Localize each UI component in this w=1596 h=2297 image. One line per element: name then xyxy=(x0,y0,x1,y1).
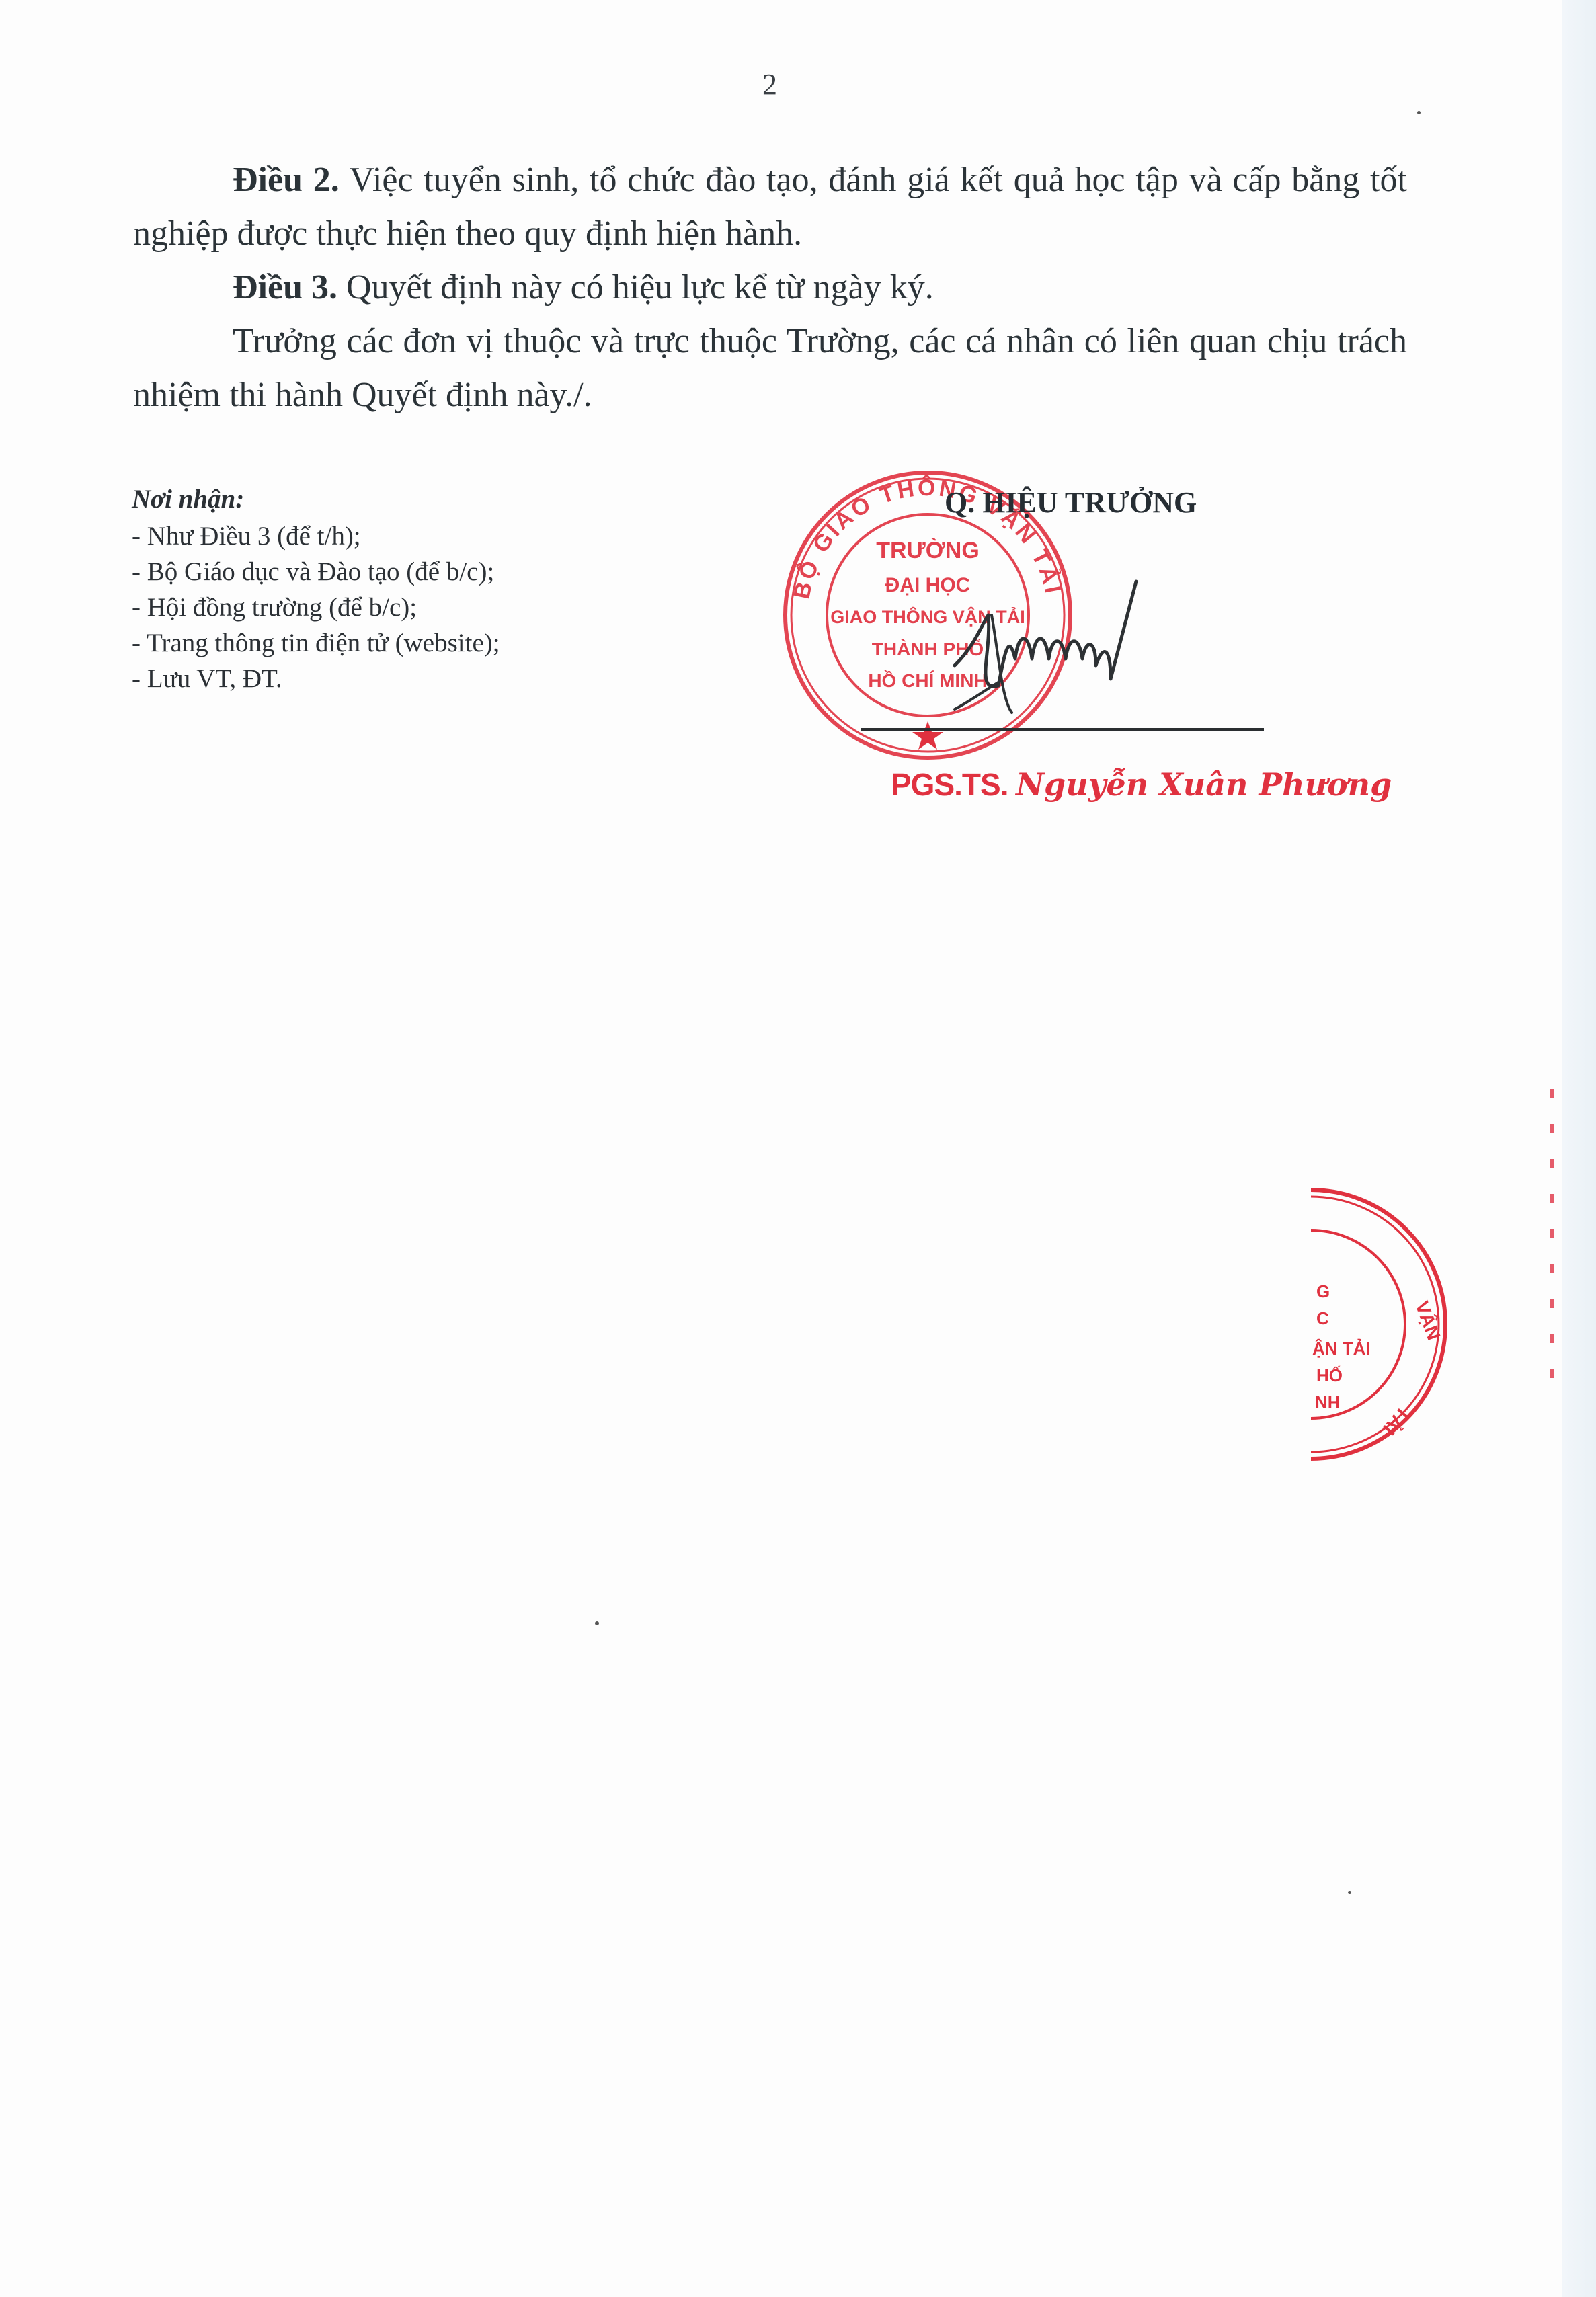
signer-title: Q. HIỆU TRƯỞNG xyxy=(945,485,1197,520)
enforcement-clause: Trưởng các đơn vị thuộc và trực thuộc Tr… xyxy=(133,315,1407,422)
svg-text:NH: NH xyxy=(1315,1392,1341,1412)
recipient-item: - Lưu VT, ĐT. xyxy=(132,661,500,696)
page-edge xyxy=(1562,0,1596,2297)
scan-speck xyxy=(1348,1891,1351,1894)
svg-text:G: G xyxy=(1316,1281,1330,1301)
signer-full-name: Nguyễn Xuân Phương xyxy=(1016,766,1392,803)
handwritten-signature-icon xyxy=(934,551,1271,739)
article-2-label: Điều 2. xyxy=(233,161,340,199)
recipient-item: - Trang thông tin điện tử (website); xyxy=(132,625,500,661)
article-3: Điều 3. Quyết định này có hiệu lực kể từ… xyxy=(133,261,1407,315)
svg-text:C: C xyxy=(1316,1308,1329,1328)
article-3-text: Quyết định này có hiệu lực kể từ ngày ký… xyxy=(337,268,934,307)
page-edge-stamp-marks xyxy=(1550,1089,1555,1405)
article-3-label: Điều 3. xyxy=(233,268,337,307)
scan-speck xyxy=(1417,111,1421,114)
svg-text:ẬN TẢI: ẬN TẢI xyxy=(1312,1338,1371,1359)
recipients-block: Nơi nhận: - Như Điều 3 (để t/h); - Bộ Gi… xyxy=(132,481,500,696)
signer-degree: PGS.TS. xyxy=(891,767,1008,802)
recipient-item: - Hội đồng trường (để b/c); xyxy=(132,590,500,625)
scan-speck xyxy=(595,1621,599,1625)
recipients-title: Nơi nhận: xyxy=(132,481,500,517)
svg-text:HỐ: HỐ xyxy=(1316,1365,1343,1385)
svg-text:VẬN: VẬN xyxy=(1411,1298,1444,1342)
partial-seal-icon: G C ẬN TẢI HỐ NH VẬN TẢI xyxy=(1311,1183,1466,1465)
svg-text:TẢI: TẢI xyxy=(1379,1402,1415,1439)
page-number: 2 xyxy=(0,67,1540,102)
article-2: Điều 2. Việc tuyển sinh, tổ chức đào tạo… xyxy=(133,153,1407,261)
document-body: Điều 2. Việc tuyển sinh, tổ chức đào tạo… xyxy=(133,153,1407,422)
enforcement-text: Trưởng các đơn vị thuộc và trực thuộc Tr… xyxy=(133,322,1407,414)
recipient-item: - Như Điều 3 (để t/h); xyxy=(132,518,500,554)
recipient-item: - Bộ Giáo dục và Đào tạo (để b/c); xyxy=(132,554,500,590)
signer-name: PGS.TS. Nguyễn Xuân Phương xyxy=(891,766,1392,803)
